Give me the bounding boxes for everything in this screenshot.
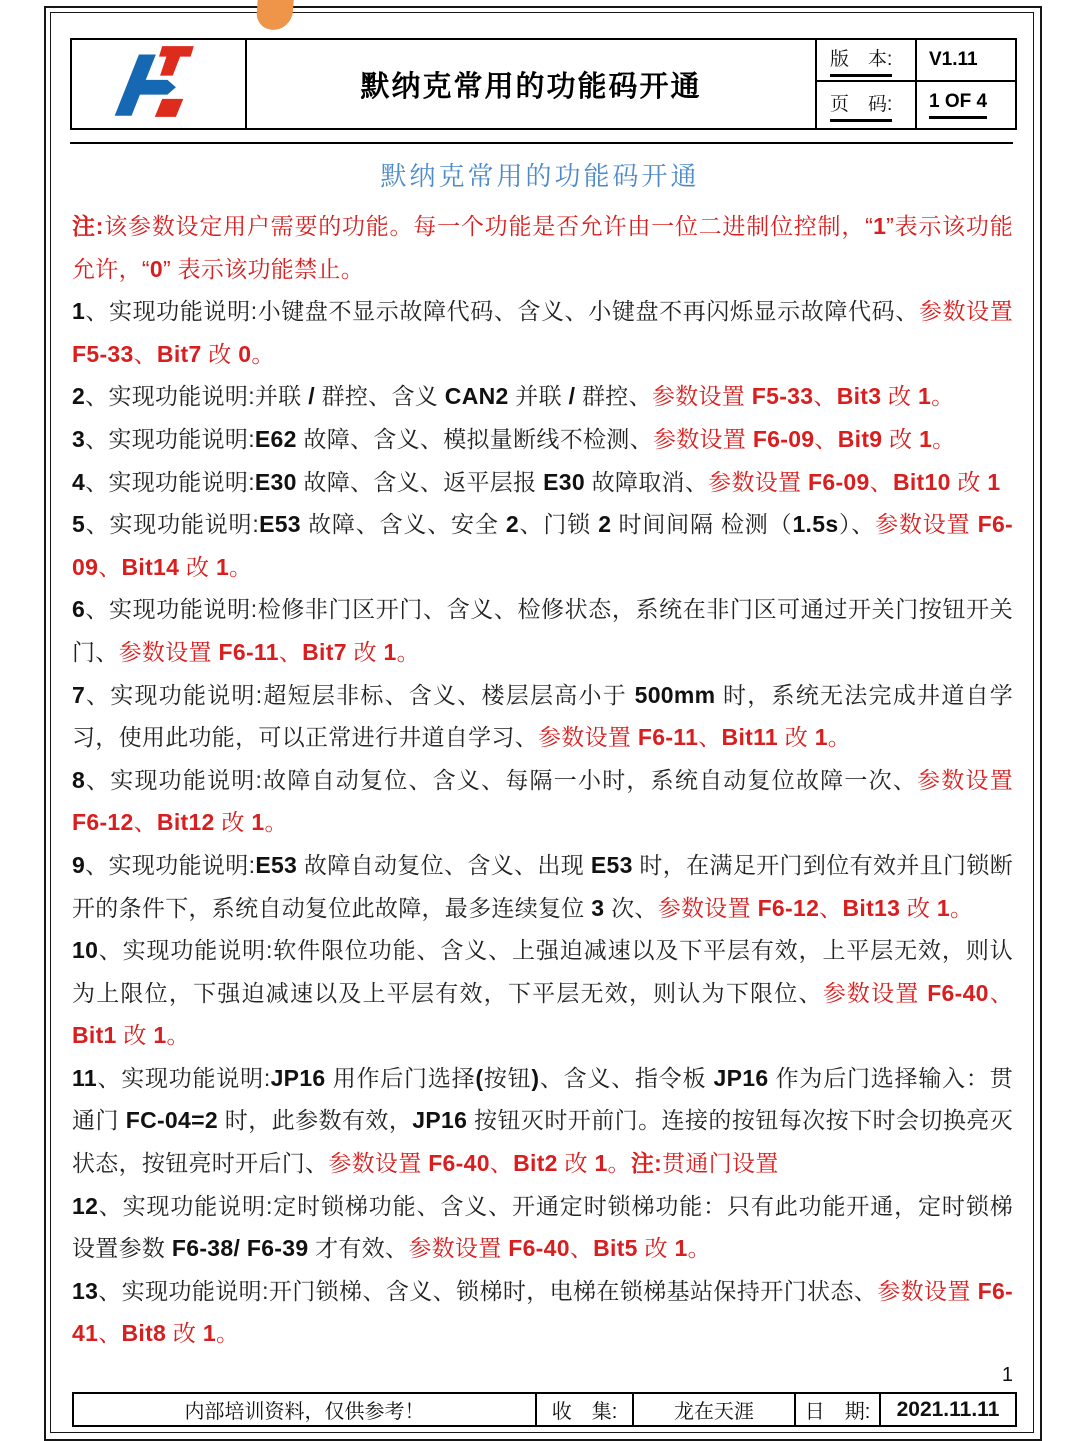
text-segment: 1 xyxy=(216,554,229,580)
text-segment: Bit1 xyxy=(72,1022,117,1048)
text-segment: 参数设置 xyxy=(658,895,758,921)
text-segment: 按钮 xyxy=(483,1065,531,1091)
document-title: 默纳克常用的功能码开通 xyxy=(247,40,817,128)
text-segment: 故障、含义、安全 xyxy=(301,511,506,537)
text-segment: 用作后门选择 xyxy=(326,1065,476,1091)
text-segment: 改 xyxy=(558,1150,595,1176)
text-segment: 1 xyxy=(383,639,396,665)
text-segment: Bit3 xyxy=(837,383,882,409)
text-segment: Bit10 xyxy=(893,469,951,495)
text-segment: CAN2 xyxy=(445,383,509,409)
item-3-paragraph: 3、实现功能说明:E62 故障、含义、模拟量断线不检测、参数设置 F6-09、B… xyxy=(72,418,1013,461)
version-value-cell: V1.11 xyxy=(917,40,1015,82)
text-segment: 1.5s xyxy=(792,511,838,537)
text-segment: F6-12 xyxy=(758,895,820,921)
text-segment: 改 xyxy=(638,1235,675,1261)
text-segment: 参数设置 xyxy=(919,298,1013,324)
text-segment: 时，此参数有效， xyxy=(218,1107,412,1133)
text-segment: 、实现功能说明: xyxy=(97,1065,271,1091)
text-segment: 8 xyxy=(72,767,85,793)
text-segment: 才有效、 xyxy=(308,1235,408,1261)
text-segment: 参数设置 xyxy=(328,1150,428,1176)
text-segment: 参数设置 xyxy=(917,767,1013,793)
text-segment: 3 xyxy=(591,895,604,921)
header-divider-line xyxy=(70,142,1013,144)
text-segment: 参数设置 xyxy=(538,724,638,750)
text-segment: 2 xyxy=(506,511,519,537)
text-segment: F5-33 xyxy=(752,383,814,409)
text-segment: E62 xyxy=(255,426,297,452)
text-segment: 2 xyxy=(598,511,611,537)
company-logo-icon xyxy=(100,44,218,125)
text-segment: Bit5 xyxy=(593,1235,638,1261)
text-segment: 改 xyxy=(117,1022,154,1048)
text-segment: 。 xyxy=(688,1235,711,1261)
text-segment: 1 xyxy=(203,1320,216,1346)
text-segment: 、 xyxy=(813,383,836,409)
text-segment: F6-11 xyxy=(219,639,279,665)
item-10-paragraph: 10、实现功能说明:软件限位功能、含义、上强迫减速以及下平层有效，上平层无效，则… xyxy=(72,929,1013,1057)
text-segment: 改 xyxy=(215,809,252,835)
text-segment: F6-09 xyxy=(808,469,870,495)
text-segment: 、 xyxy=(490,1150,513,1176)
page-number: 1 xyxy=(72,1364,1013,1387)
item-6-paragraph: 6、实现功能说明:检修非门区开门、含义、检修状态，系统在非门区可通过开关门按钮开… xyxy=(72,588,1013,673)
footer-notice: 内部培训资料，仅供参考！ xyxy=(74,1394,537,1425)
text-segment: 、实现功能说明: xyxy=(85,426,255,452)
text-segment: F6-38/ F6-39 xyxy=(172,1235,309,1261)
text-segment: 。 xyxy=(931,383,954,409)
text-segment: 、 xyxy=(870,469,893,495)
text-segment: 改 xyxy=(347,639,384,665)
text-segment: 、实现功能说明:小键盘不显示故障代码、含义、小键盘不再闪烁显示故障代码、 xyxy=(85,298,919,324)
text-segment: 1 xyxy=(873,213,886,239)
text-segment: E53 xyxy=(255,852,297,878)
item-2-paragraph: 2、实现功能说明:并联 / 群控、含义 CAN2 并联 / 群控、参数设置 F5… xyxy=(72,375,1013,418)
text-segment: 。 xyxy=(397,639,420,665)
text-segment: 改 xyxy=(202,341,239,367)
item-13-paragraph: 13、实现功能说明:开门锁梯、含义、锁梯时，电梯在锁梯基站保持开门状态、参数设置… xyxy=(72,1270,1013,1355)
version-label-cell: 版 本: xyxy=(817,40,917,82)
text-segment: 1 xyxy=(918,383,931,409)
text-segment: 并联 xyxy=(509,383,569,409)
text-segment: 、 xyxy=(570,1235,593,1261)
text-segment: 故障自动复位、含义、出现 xyxy=(297,852,591,878)
text-segment: 1 xyxy=(987,469,1000,495)
text-segment: 、 xyxy=(814,426,837,452)
text-segment: 。 xyxy=(166,1022,189,1048)
text-segment: Bit13 xyxy=(842,895,900,921)
text-segment: 、 xyxy=(989,980,1013,1006)
text-segment: 、实现功能说明:并联 xyxy=(85,383,308,409)
text-segment: FC-04=2 xyxy=(126,1107,218,1133)
text-segment: 参数设置 xyxy=(877,1278,977,1304)
text-segment: 7 xyxy=(72,682,85,708)
text-segment: 。 xyxy=(251,341,274,367)
text-segment: 参数设置 xyxy=(119,639,219,665)
text-segment: 5 xyxy=(72,511,85,537)
text-segment: JP16 xyxy=(412,1107,467,1133)
text-segment: 。 xyxy=(229,554,252,580)
text-segment: 。 xyxy=(216,1320,239,1346)
text-segment: Bit14 xyxy=(122,554,180,580)
text-segment: JP16 xyxy=(714,1065,769,1091)
text-segment: 。 xyxy=(608,1150,631,1176)
text-segment: ）、 xyxy=(838,511,875,537)
text-segment: 、 xyxy=(98,1320,121,1346)
text-segment: 0 xyxy=(150,256,163,282)
text-segment: 参数设置 xyxy=(823,980,927,1006)
footer-date-label: 日 期: xyxy=(796,1394,881,1425)
text-segment: 参数设置 xyxy=(875,511,978,537)
text-segment: E53 xyxy=(591,852,633,878)
text-segment: 贯通门设置 xyxy=(662,1150,779,1176)
item-1-paragraph: 1、实现功能说明:小键盘不显示故障代码、含义、小键盘不再闪烁显示故障代码、参数设… xyxy=(72,290,1013,375)
text-segment: 1 xyxy=(815,724,828,750)
text-segment: 4 xyxy=(72,469,85,495)
text-segment: 群控、含义 xyxy=(315,383,445,409)
item-11-paragraph: 11、实现功能说明:JP16 用作后门选择(按钮)、含义、指令板 JP16 作为… xyxy=(72,1057,1013,1185)
text-segment: Bit7 xyxy=(302,639,347,665)
text-segment: 500mm xyxy=(635,682,716,708)
text-segment: 1 xyxy=(153,1022,166,1048)
document-page: 默纳克常用的功能码开通 版 本: V1.11 页 码: 1 OF 4 默纳克常用… xyxy=(0,0,1080,1441)
text-segment: 改 xyxy=(900,895,937,921)
text-segment: 2 xyxy=(72,383,85,409)
footer-table: 内部培训资料，仅供参考！ 收 集: 龙在天涯 日 期: 2021.11.11 xyxy=(72,1392,1017,1427)
text-segment: 、含义、指令板 xyxy=(539,1065,713,1091)
text-segment: 、实现功能说明:故障自动复位、含义、每隔一小时，系统自动复位故障一次、 xyxy=(85,767,917,793)
text-segment: 、 xyxy=(698,724,721,750)
text-segment: JP16 xyxy=(271,1065,326,1091)
page-subtitle: 默纳克常用的功能码开通 xyxy=(0,156,1080,193)
text-segment: 、 xyxy=(134,341,157,367)
page-value: 1 OF 4 xyxy=(929,91,987,119)
text-segment: 时间间隔 检测（ xyxy=(611,511,792,537)
text-segment: 改 xyxy=(179,554,216,580)
text-segment: 、门锁 xyxy=(519,511,598,537)
page-value-cell: 1 OF 4 xyxy=(917,82,1015,128)
text-segment: 、实现功能说明: xyxy=(85,852,255,878)
item-9-paragraph: 9、实现功能说明:E53 故障自动复位、含义、出现 E53 时，在满足开门到位有… xyxy=(72,844,1013,929)
text-segment: E53 xyxy=(259,511,301,537)
text-segment: 12 xyxy=(72,1193,98,1219)
text-segment: F6-40 xyxy=(927,980,989,1006)
text-segment: 。 xyxy=(264,809,287,835)
text-segment: 11 xyxy=(72,1065,97,1091)
footer-collect-value: 龙在天涯 xyxy=(634,1394,796,1425)
text-segment: F5-33 xyxy=(72,341,134,367)
text-segment: 1 xyxy=(594,1150,607,1176)
text-segment: 、 xyxy=(279,639,302,665)
text-segment: 故障取消、 xyxy=(585,469,708,495)
text-segment: 3 xyxy=(72,426,85,452)
text-segment: Bit7 xyxy=(157,341,202,367)
text-segment: 1 xyxy=(919,426,932,452)
text-segment: 注: xyxy=(631,1150,662,1176)
text-segment: 次、 xyxy=(604,895,657,921)
text-segment: F6-12 xyxy=(72,809,134,835)
text-segment: 群控、 xyxy=(575,383,652,409)
text-segment: 。 xyxy=(950,895,973,921)
text-segment: F6-11 xyxy=(638,724,698,750)
body-text: 注:该参数设定用户需要的功能。每一个功能是否允许由一位二进制位控制，“1”表示该… xyxy=(72,205,1013,1355)
text-segment: ” 表示该功能禁止。 xyxy=(163,256,364,282)
text-segment: 、 xyxy=(134,809,157,835)
item-5-paragraph: 5、实现功能说明:E53 故障、含义、安全 2、门锁 2 时间间隔 检测（1.5… xyxy=(72,503,1013,588)
item-12-paragraph: 12、实现功能说明:定时锁梯功能、含义、开通定时锁梯功能：只有此功能开通，定时锁… xyxy=(72,1185,1013,1270)
text-segment: 6 xyxy=(72,596,85,622)
text-segment: 参数设置 xyxy=(708,469,808,495)
text-segment: 、 xyxy=(98,554,121,580)
text-segment: 1 xyxy=(251,809,264,835)
page-label-cell: 页 码: xyxy=(817,82,917,128)
text-segment: 、实现功能说明: xyxy=(85,469,255,495)
text-segment: 参数设置 xyxy=(652,383,752,409)
text-segment: 、实现功能说明:超短层非标、含义、楼层层高小于 xyxy=(85,682,635,708)
text-segment: 故障、含义、返平层报 xyxy=(297,469,543,495)
text-segment: 参数设置 xyxy=(408,1235,508,1261)
text-segment: 13 xyxy=(72,1278,98,1304)
footer-collect-label: 收 集: xyxy=(537,1394,634,1425)
item-8-paragraph: 8、实现功能说明:故障自动复位、含义、每隔一小时，系统自动复位故障一次、参数设置… xyxy=(72,759,1013,844)
text-segment: 故障、含义、模拟量断线不检测、 xyxy=(297,426,653,452)
text-segment: Bit8 xyxy=(122,1320,167,1346)
text-segment: 改 xyxy=(951,469,988,495)
text-segment: 10 xyxy=(72,937,98,963)
text-segment: 0 xyxy=(238,341,251,367)
text-segment: E30 xyxy=(255,469,297,495)
text-segment: 改 xyxy=(778,724,815,750)
item-7-paragraph: 7、实现功能说明:超短层非标、含义、楼层层高小于 500mm 时，系统无法完成井… xyxy=(72,674,1013,759)
version-value: V1.11 xyxy=(929,49,978,71)
text-segment: 改 xyxy=(166,1320,203,1346)
text-segment: F6-40 xyxy=(508,1235,570,1261)
text-segment: 、实现功能说明: xyxy=(85,511,259,537)
footer-date-value: 2021.11.11 xyxy=(881,1394,1015,1425)
text-segment: 该参数设定用户需要的功能。每一个功能是否允许由一位二进制位控制，“ xyxy=(104,213,873,239)
text-segment: 9 xyxy=(72,852,85,878)
header-table: 默纳克常用的功能码开通 版 本: V1.11 页 码: 1 OF 4 xyxy=(70,38,1017,130)
text-segment: F6-09 xyxy=(753,426,815,452)
text-segment: 、 xyxy=(819,895,842,921)
item-4-paragraph: 4、实现功能说明:E30 故障、含义、返平层报 E30 故障取消、参数设置 F6… xyxy=(72,461,1013,504)
note-paragraph: 注:该参数设定用户需要的功能。每一个功能是否允许由一位二进制位控制，“1”表示该… xyxy=(72,205,1013,290)
text-segment: 。 xyxy=(828,724,851,750)
text-segment: 1 xyxy=(72,298,85,324)
text-segment: 、实现功能说明:开门锁梯、含义、锁梯时，电梯在锁梯基站保持开门状态、 xyxy=(98,1278,877,1304)
text-segment: / xyxy=(308,383,315,409)
text-segment: 1 xyxy=(937,895,950,921)
page-label: 页 码: xyxy=(830,89,892,122)
version-label: 版 本: xyxy=(830,44,892,77)
text-segment: Bit12 xyxy=(157,809,215,835)
text-segment: F6-40 xyxy=(428,1150,490,1176)
text-segment: 参数设置 xyxy=(653,426,753,452)
text-segment: Bit11 xyxy=(722,724,778,750)
text-segment: 1 xyxy=(674,1235,687,1261)
text-segment: E30 xyxy=(543,469,585,495)
text-segment: Bit9 xyxy=(838,426,883,452)
text-segment: 注: xyxy=(72,213,104,239)
text-segment: 改 xyxy=(882,426,919,452)
logo-cell xyxy=(72,40,247,128)
text-segment: 。 xyxy=(932,426,955,452)
text-segment: 改 xyxy=(881,383,918,409)
text-segment: Bit2 xyxy=(513,1150,558,1176)
